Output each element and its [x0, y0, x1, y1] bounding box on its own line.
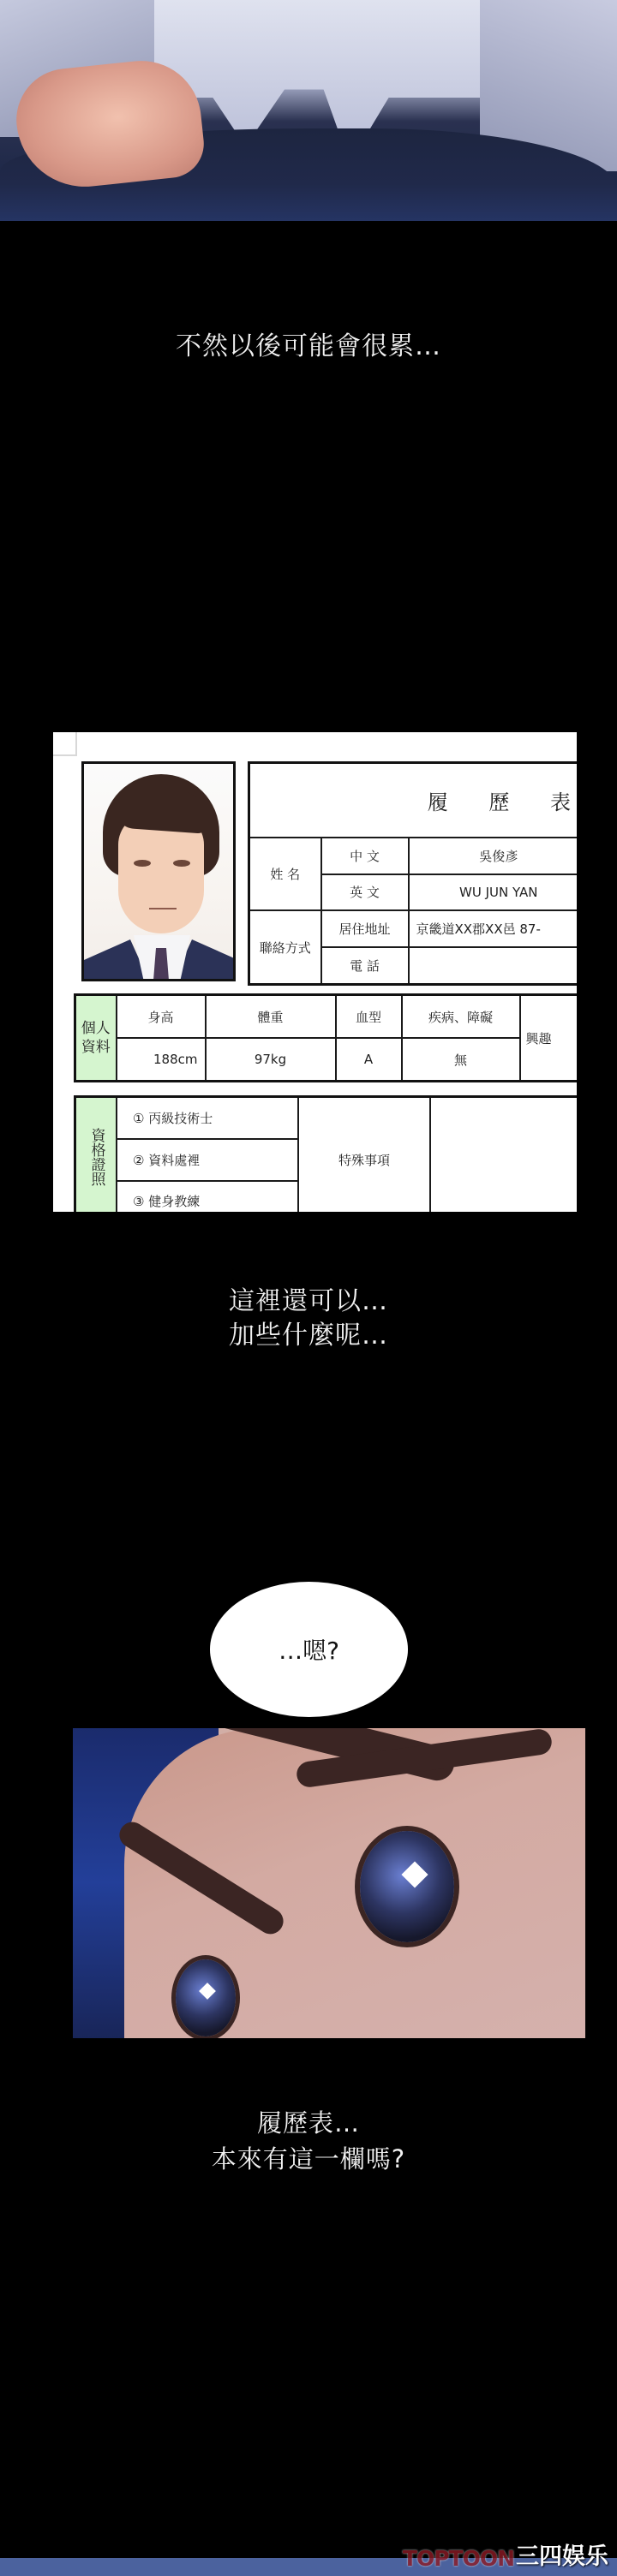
resume-photo — [81, 761, 236, 981]
caption-line: 這裡還可以… — [0, 1285, 617, 1319]
chinese-name-label: 中 文 — [321, 838, 409, 874]
personal-section-label: 個人資料 — [75, 995, 117, 1082]
header-hobby: 興趣 — [520, 995, 578, 1082]
caption-narration-1: 不然以後可能會很累… — [0, 330, 617, 364]
speech-bubble: …嗯? — [210, 1582, 408, 1717]
certificate-item-3: ③ 健身教練 — [117, 1181, 298, 1213]
header-blood-type: 血型 — [336, 995, 402, 1039]
value-height: 188cm — [117, 1038, 206, 1082]
panel-eyes-closeup — [73, 1728, 585, 2038]
panel-hand-on-knee — [0, 0, 617, 221]
resume-header-table: 履 歷 表 姓 名 中 文 吳俊彥 英 文 WU JUN YAN 聯絡方式 居住… — [248, 761, 577, 986]
personal-info-table: 個人資料 身高 體重 血型 疾病、障礙 興趣 188cm 97kg A 無 — [74, 993, 577, 1082]
watermark-brand-latin: TOPTOON — [403, 2546, 514, 2571]
certificates-table: 資格證照 ① 丙級技術士 特殊事項 ② 資料處裡 ③ 健身教練 — [74, 1095, 577, 1212]
name-label: 姓 名 — [249, 838, 321, 911]
header-illness: 疾病、障礙 — [402, 995, 520, 1039]
contact-label: 聯絡方式 — [249, 910, 321, 984]
special-notes-label: 特殊事項 — [298, 1097, 430, 1213]
certificates-section-text: 資格證照 — [87, 1128, 106, 1186]
header-weight: 體重 — [206, 995, 336, 1039]
resume-document: 履 歷 表 姓 名 中 文 吳俊彥 英 文 WU JUN YAN 聯絡方式 居住… — [53, 732, 577, 1212]
phone-label: 電 話 — [321, 947, 409, 984]
english-name-label: 英 文 — [321, 874, 409, 911]
address-label: 居住地址 — [321, 910, 409, 947]
value-weight: 97kg — [206, 1038, 336, 1082]
caption-narration-3: 履歷表… 本來有這一欄嗎? — [0, 2105, 617, 2177]
chinese-name-value: 吳俊彥 — [409, 838, 578, 874]
resume-title: 履 歷 表 — [249, 763, 578, 838]
speech-bubble-text: …嗯? — [279, 1632, 339, 1667]
watermark-logo: TOPTOON 三四娱乐 — [403, 2535, 608, 2571]
certificates-section-label: 資格證照 — [75, 1097, 117, 1213]
caption-line: 本來有這一欄嗎? — [0, 2141, 617, 2177]
spreadsheet-corner-cell — [53, 732, 77, 756]
value-blood-type: A — [336, 1038, 402, 1082]
special-notes-value — [430, 1097, 577, 1213]
certificate-item-2: ② 資料處裡 — [117, 1139, 298, 1181]
address-value: 京畿道XX郡XX邑 87- — [409, 910, 578, 947]
watermark-brand-cn: 三四娱乐 — [516, 2537, 608, 2571]
caption-narration-2: 這裡還可以… 加些什麼呢… — [0, 1285, 617, 1353]
english-name-value: WU JUN YAN — [409, 874, 578, 911]
caption-line: 加些什麼呢… — [0, 1319, 617, 1353]
header-height: 身高 — [117, 995, 206, 1039]
caption-line: 履歷表… — [0, 2105, 617, 2141]
phone-value — [409, 947, 578, 984]
eye-right — [360, 1831, 454, 1942]
certificate-item-1: ① 丙級技術士 — [117, 1097, 298, 1139]
value-illness: 無 — [402, 1038, 520, 1082]
